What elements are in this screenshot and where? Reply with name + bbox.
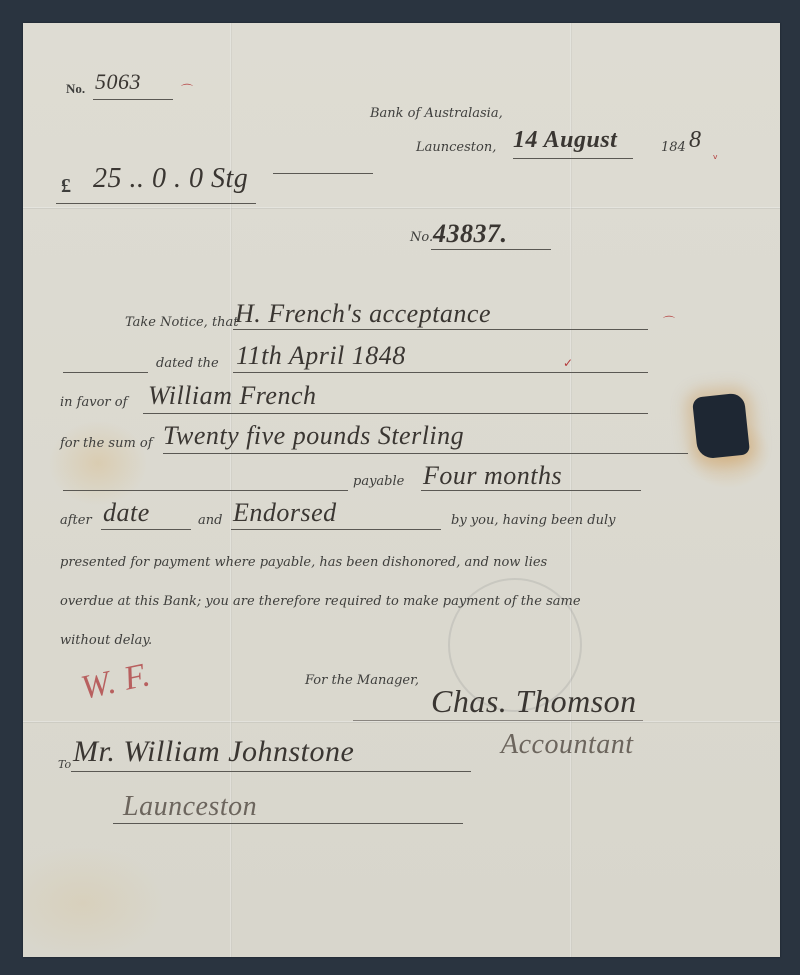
red-tick: ᵥ (713, 148, 718, 162)
amount-symbol: £ (61, 175, 71, 198)
and-value: Endorsed (233, 498, 337, 528)
addressee-place-rule (113, 823, 463, 824)
red-initials: W. F. (78, 656, 154, 708)
fold-line-bottom (23, 721, 780, 723)
and-label: and (198, 513, 222, 528)
sum-rule (163, 453, 688, 454)
year-printed: 184 (661, 140, 686, 155)
signatory-title: Accountant (501, 729, 634, 761)
after-value: date (103, 498, 150, 528)
bill-number-rule (431, 249, 551, 250)
payable-label: payable (353, 474, 404, 489)
dated-rule (233, 372, 648, 373)
signatory-signature: Chas. Thomson (431, 683, 637, 720)
body-line-1: by you, having been duly (451, 513, 615, 528)
document-paper: No. 5063 ⌒ Bank of Australasia, Launcest… (23, 23, 780, 957)
dated-label: dated the (156, 356, 219, 371)
body-line-2: presented for payment where payable, has… (60, 555, 547, 570)
payable-rule (421, 490, 641, 491)
addressee-place: Launceston (123, 791, 257, 823)
dated-lead-rule (63, 372, 148, 373)
bill-number-label: No. (410, 230, 433, 245)
bank-name: Bank of Australasia, (370, 106, 503, 121)
payable-value: Four months (423, 461, 562, 491)
number-label: No. (66, 81, 85, 97)
after-label: after (60, 513, 92, 528)
date-rule (513, 158, 633, 159)
in-favor-rule (143, 413, 648, 414)
take-notice-value: H. French's acceptance (235, 299, 491, 329)
and-rule (231, 529, 441, 530)
body-line-3: overdue at this Bank; you are therefore … (60, 594, 581, 609)
sum-label: for the sum of (60, 436, 153, 451)
addressee-rule (71, 771, 471, 772)
to-label: To (58, 758, 71, 771)
for-manager-label: For the Manager, (305, 673, 419, 688)
take-notice-label: Take Notice, that (125, 315, 239, 330)
body-line-4: without delay. (60, 633, 152, 648)
in-favor-label: in favor of (60, 395, 127, 410)
red-tick: ⌒ (663, 313, 675, 330)
amount-rule (56, 203, 256, 204)
in-favor-value: William French (148, 381, 317, 411)
dated-value: 11th April 1848 (236, 341, 406, 371)
red-tick: ⌒ (181, 81, 193, 98)
after-rule (101, 529, 191, 530)
number-rule (93, 99, 173, 100)
addressee-name: Mr. William Johnstone (73, 735, 354, 769)
paper-hole (692, 392, 750, 459)
fold-line-top (23, 207, 780, 209)
amount-rule-2 (273, 173, 373, 174)
date-value: 14 August (513, 127, 617, 154)
sum-value: Twenty five pounds Sterling (163, 421, 464, 451)
bill-number-value: 43837. (433, 219, 508, 249)
payable-lead-rule (63, 490, 348, 491)
number-value: 5063 (95, 69, 141, 95)
amount-value: 25 .. 0 . 0 Stg (93, 163, 248, 195)
year-handwritten: 8 (689, 127, 702, 154)
signature-rule (353, 720, 643, 721)
red-tick: ✓ (563, 356, 573, 370)
take-notice-rule (233, 329, 648, 330)
place-label: Launceston, (416, 140, 496, 155)
